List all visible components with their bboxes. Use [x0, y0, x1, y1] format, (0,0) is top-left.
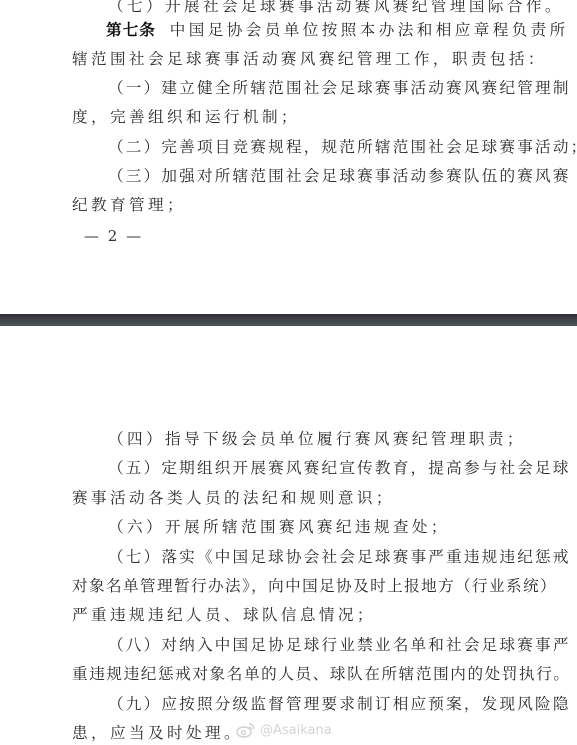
text-line: （七）落实《中国足球协会社会足球赛事严重违规违纪惩戒	[108, 547, 553, 567]
text-line: 赛事活动各类人员的法纪和规则意识；	[72, 488, 517, 508]
text-line: （五）定期组织开展赛风赛纪宣传教育，提高参与社会足球	[108, 458, 553, 478]
watermark-text: @Asaikana	[260, 723, 332, 738]
text-line: 重违规违纪惩戒对象名单的人员、球队在所辖范围内的处罚执行。	[72, 664, 517, 684]
watermark: @Asaikana	[236, 722, 332, 738]
text-line: （九）应按照分级监督管理要求制订相应预案，发现风险隐	[108, 694, 553, 714]
article-heading: 第七条	[106, 20, 156, 39]
text-line: 辖范围社会足球赛事活动赛风赛纪管理工作，职责包括：	[72, 49, 517, 69]
text-line: 度，完善组织和运行机制；	[72, 107, 517, 127]
text-line: 严重违规违纪人员、球队信息情况；	[72, 605, 517, 625]
text-line: （二）完善项目竞赛规程，规范所辖范围社会足球赛事活动；	[108, 137, 553, 157]
text-line: （一）建立健全所辖范围社会足球赛事活动赛风赛纪管理制	[108, 78, 553, 98]
text-line: 纪教育管理；	[72, 195, 517, 215]
text-line: （三）加强对所辖范围社会足球赛事活动参赛队伍的赛风赛	[108, 166, 553, 186]
page-number: — 2 —	[84, 227, 143, 245]
text-line: （六）开展所辖范围赛风赛纪违规查处；	[108, 517, 553, 537]
text-line: 对象名单管理暂行办法》，向中国足协及时上报地方（行业系统）	[72, 576, 517, 596]
document-page-2: （七）开展社会足球赛事活动赛风赛纪管理国际合作。 第七条中国足协会员单位按照本办…	[0, 0, 577, 314]
text-line: （七）开展社会足球赛事活动赛风赛纪管理国际合作。	[108, 0, 553, 16]
document-page-3: （四）指导下级会员单位履行赛风赛纪管理职责； （五）定期组织开展赛风赛纪宣传教育…	[0, 326, 577, 745]
text-line: （四）指导下级会员单位履行赛风赛纪管理职责；	[108, 429, 553, 449]
weibo-icon	[236, 722, 256, 738]
text-line: （八）对纳入中国足协足球行业禁业名单和社会足球赛事严	[108, 635, 553, 655]
article-text: 中国足协会员单位按照本办法和相应章程负责所	[170, 21, 569, 39]
article-7-line: 第七条中国足协会员单位按照本办法和相应章程负责所	[106, 20, 551, 40]
page-separator	[0, 314, 577, 326]
